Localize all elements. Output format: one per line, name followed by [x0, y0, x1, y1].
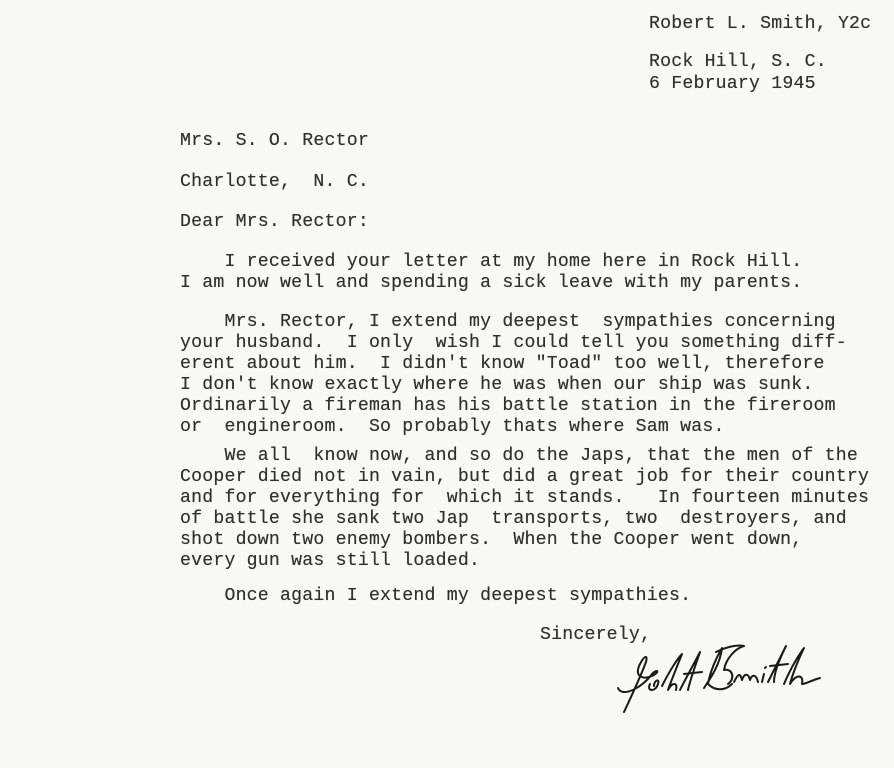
body-line: Cooper died not in vain, but did a great… [180, 467, 869, 487]
body-line: every gun was still loaded. [180, 551, 480, 571]
body-line: and for everything for which it stands. … [180, 488, 869, 508]
body-line: of battle she sank two Jap transports, t… [180, 509, 847, 529]
body-line: I am now well and spending a sick leave … [180, 273, 802, 293]
letter-date: 6 February 1945 [649, 74, 816, 94]
sender-name: Robert L. Smith, Y2c [649, 14, 871, 34]
signature [612, 640, 842, 720]
body-line: I received your letter at my home here i… [180, 252, 802, 272]
recipient-city: Charlotte, N. C. [180, 172, 369, 192]
letter-page: Robert L. Smith, Y2c Rock Hill, S. C. 6 … [0, 0, 894, 768]
body-line: shot down two enemy bombers. When the Co… [180, 530, 802, 550]
recipient-name: Mrs. S. O. Rector [180, 131, 369, 151]
body-line: Ordinarily a fireman has his battle stat… [180, 396, 836, 416]
body-line: Once again I extend my deepest sympathie… [180, 586, 691, 606]
salutation: Dear Mrs. Rector: [180, 212, 369, 232]
body-line: erent about him. I didn't know "Toad" to… [180, 354, 825, 374]
sender-city: Rock Hill, S. C. [649, 52, 827, 72]
body-line: We all know now, and so do the Japs, tha… [180, 446, 858, 466]
body-line: Mrs. Rector, I extend my deepest sympath… [180, 312, 836, 332]
body-line: your husband. I only wish I could tell y… [180, 333, 847, 353]
body-line: or engineroom. So probably thats where S… [180, 417, 725, 437]
body-line: I don't know exactly where he was when o… [180, 375, 814, 395]
